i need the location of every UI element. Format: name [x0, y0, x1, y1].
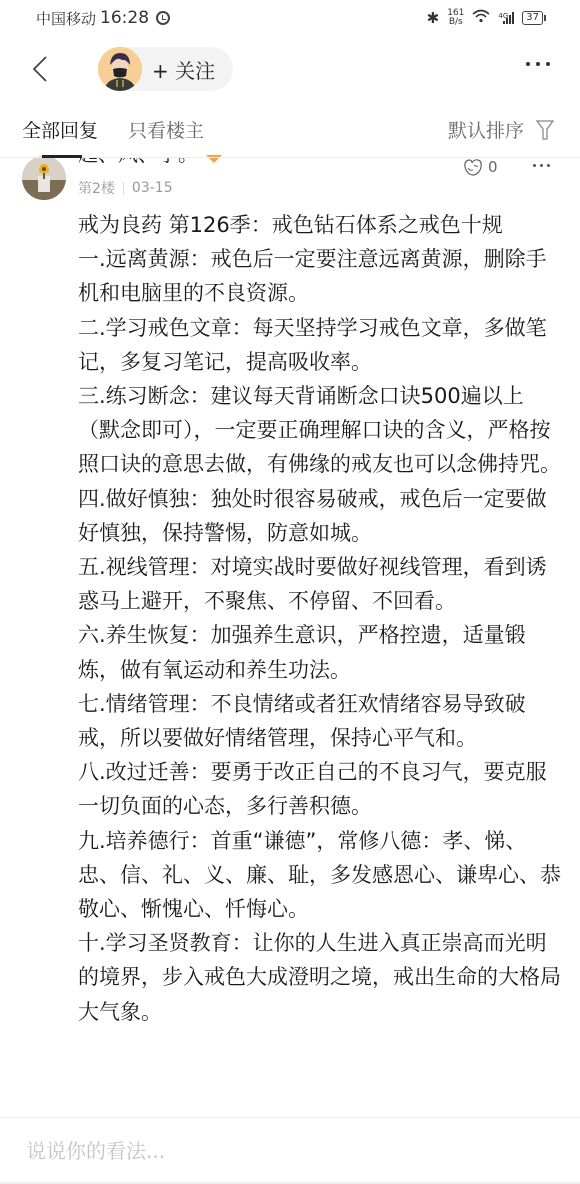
comment-line: 六.养生恢复：加强养生意识，严格控遗，适量锻炼，做有氧运动和养生功法。	[78, 618, 562, 686]
comment-line: 十.学习圣贤教育：让你的人生进入真正崇高而光明的境界，步入戒色大成澄明之境，戒出…	[78, 926, 562, 1029]
sort-label: 默认排序	[448, 116, 524, 143]
like-button[interactable]: 0	[462, 157, 498, 177]
status-right: ✱ 161 B/s 4G 37	[427, 9, 546, 27]
comment-line: 戒为良药 第126季：戒色钻石体系之戒色十规	[78, 208, 562, 242]
comment-body: 戒为良药 第126季：戒色钻石体系之戒色十规 一.远离黄源：戒色后一定要注意远离…	[78, 208, 562, 1029]
meta-separator	[123, 182, 124, 195]
status-bar: 中国移动 16:28 ✱ 161 B/s 4G 37	[0, 0, 580, 36]
more-options-icon[interactable]	[526, 62, 550, 66]
cellular-signal-icon: 4G	[498, 12, 514, 24]
alarm-icon	[156, 11, 170, 25]
comment-line: 四.做好慎独：独处时很容易破戒，戒色后一定要做好慎独，保持警惕，防意如城。	[78, 482, 562, 550]
comment-line: 一.远离黄源：戒色后一定要注意远离黄源，删除手机和电脑里的不良资源。	[78, 242, 562, 310]
active-tab-indicator	[42, 155, 82, 158]
tab-all-replies[interactable]: 全部回复	[22, 116, 98, 143]
header-divider	[0, 157, 580, 158]
author-avatar[interactable]	[98, 47, 142, 91]
comment-line: 五.视线管理：对境实战时要做好视线管理，看到诱惑马上避开，不聚焦、不停留、不回看…	[78, 550, 562, 618]
comment-meta: 第2楼 03-15	[78, 178, 173, 198]
comment-date: 03-15	[132, 180, 173, 196]
comment-more-icon[interactable]	[533, 164, 550, 167]
comment-line: 三.练习断念：建议每天背诵断念口诀500遍以上（默念即可），一定要正确理解口诀的…	[78, 379, 562, 482]
network-speed: 161 B/s	[447, 9, 464, 27]
clock-time: 16:28	[100, 8, 149, 28]
filter-icon	[536, 120, 554, 140]
floor-number: 第2楼	[78, 178, 115, 198]
comment-line: 八.改过迁善：要勇于改正自己的不良习气，要克服一切负面的心态，多行善积德。	[78, 755, 562, 823]
network-speed-unit: B/s	[447, 18, 464, 27]
battery-level: 37	[522, 11, 543, 25]
follow-author-button[interactable]: + 关注	[98, 47, 233, 91]
status-left: 中国移动 16:28	[36, 8, 170, 29]
like-count: 0	[488, 158, 498, 176]
tab-author-only[interactable]: 只看楼主	[128, 116, 204, 143]
comment-line: 九.培养德行：首重“谦德”，常修八德：孝、悌、忠、信、礼、义、廉、耻，多发感恩心…	[78, 824, 562, 927]
comment-line: 七.情绪管理：不良情绪或者狂欢情绪容易导致破戒，所以要做好情绪管理，保持心平气和…	[78, 687, 562, 755]
sort-dropdown[interactable]: 默认排序	[448, 116, 554, 143]
wifi-icon	[472, 9, 490, 27]
carrier-name: 中国移动	[36, 8, 96, 29]
battery-icon: 37	[522, 11, 546, 25]
bottom-divider	[0, 1117, 580, 1118]
like-hands-icon	[462, 157, 484, 177]
reply-filter-tabs: 全部回复 只看楼主 默认排序	[0, 108, 580, 150]
comment-line: 二.学习戒色文章：每天坚持学习戒色文章，多做笔记，多复习笔记，提高吸收率。	[78, 311, 562, 379]
back-arrow-icon[interactable]	[30, 56, 52, 82]
bluetooth-icon: ✱	[427, 9, 440, 27]
commenter-avatar[interactable]	[22, 156, 66, 200]
follow-label: + 关注	[152, 55, 215, 84]
nav-bar: + 关注	[0, 44, 580, 94]
reply-input[interactable]	[0, 1126, 580, 1176]
